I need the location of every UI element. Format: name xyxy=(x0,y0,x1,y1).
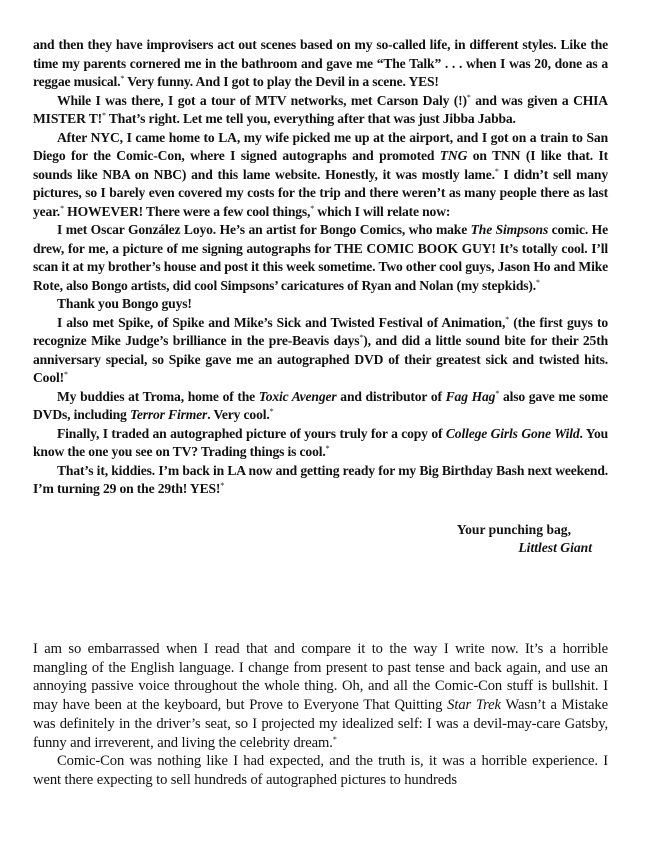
footnote-marker: * xyxy=(505,315,509,324)
italic-title: TNG xyxy=(440,148,468,163)
footnote-marker: * xyxy=(220,481,224,490)
footnote-marker: * xyxy=(495,389,499,398)
letter-paragraph: That’s it, kiddies. I’m back in LA now a… xyxy=(33,462,608,499)
italic-title: The Simpsons xyxy=(471,222,548,237)
document-page: and then they have improvisers act out s… xyxy=(33,36,608,558)
letter-paragraph: While I was there, I got a tour of MTV n… xyxy=(33,92,608,129)
footnote-marker: * xyxy=(60,204,64,213)
footnote-marker: * xyxy=(326,444,330,453)
footnote-marker: * xyxy=(102,111,106,120)
footnote-marker: * xyxy=(64,370,68,379)
narrative-paragraph: Comic-Con was nothing like I had expecte… xyxy=(33,752,608,789)
italic-title: Terror Firmer xyxy=(130,407,207,422)
letter-paragraph: After NYC, I came home to LA, my wife pi… xyxy=(33,129,608,222)
letter-signature: Your punching bag, Littlest Giant xyxy=(33,521,592,558)
footnote-marker: * xyxy=(333,735,337,744)
narrative-paragraph: I am so embarrassed when I read that and… xyxy=(33,640,608,752)
footnote-marker: * xyxy=(359,333,363,342)
italic-title: Star Trek xyxy=(447,697,501,713)
italic-title: College Girls Gone Wild xyxy=(446,426,580,441)
italic-title: Toxic Avenger xyxy=(259,389,337,404)
footnote-marker: * xyxy=(467,93,471,102)
footnote-marker: * xyxy=(495,167,499,176)
letter-paragraph: My buddies at Troma, home of the Toxic A… xyxy=(33,388,608,425)
signature-name: Littlest Giant xyxy=(33,539,592,558)
footnote-marker: * xyxy=(120,74,124,83)
italic-title: Fag Hag xyxy=(446,389,496,404)
letter-paragraph: and then they have improvisers act out s… xyxy=(33,36,608,92)
letter-paragraph: Thank you Bongo guys! xyxy=(33,295,608,314)
letter-paragraph: Finally, I traded an autographed picture… xyxy=(33,425,608,462)
signature-closing: Your punching bag, xyxy=(33,521,592,540)
footnote-marker: * xyxy=(536,278,540,287)
narrative-text: I am so embarrassed when I read that and… xyxy=(33,640,608,790)
blog-letter: and then they have improvisers act out s… xyxy=(33,36,608,499)
footnote-marker: * xyxy=(270,407,274,416)
letter-paragraph: I met Oscar González Loyo. He’s an artis… xyxy=(33,221,608,295)
letter-paragraph: I also met Spike, of Spike and Mike’s Si… xyxy=(33,314,608,388)
footnote-marker: * xyxy=(310,204,314,213)
